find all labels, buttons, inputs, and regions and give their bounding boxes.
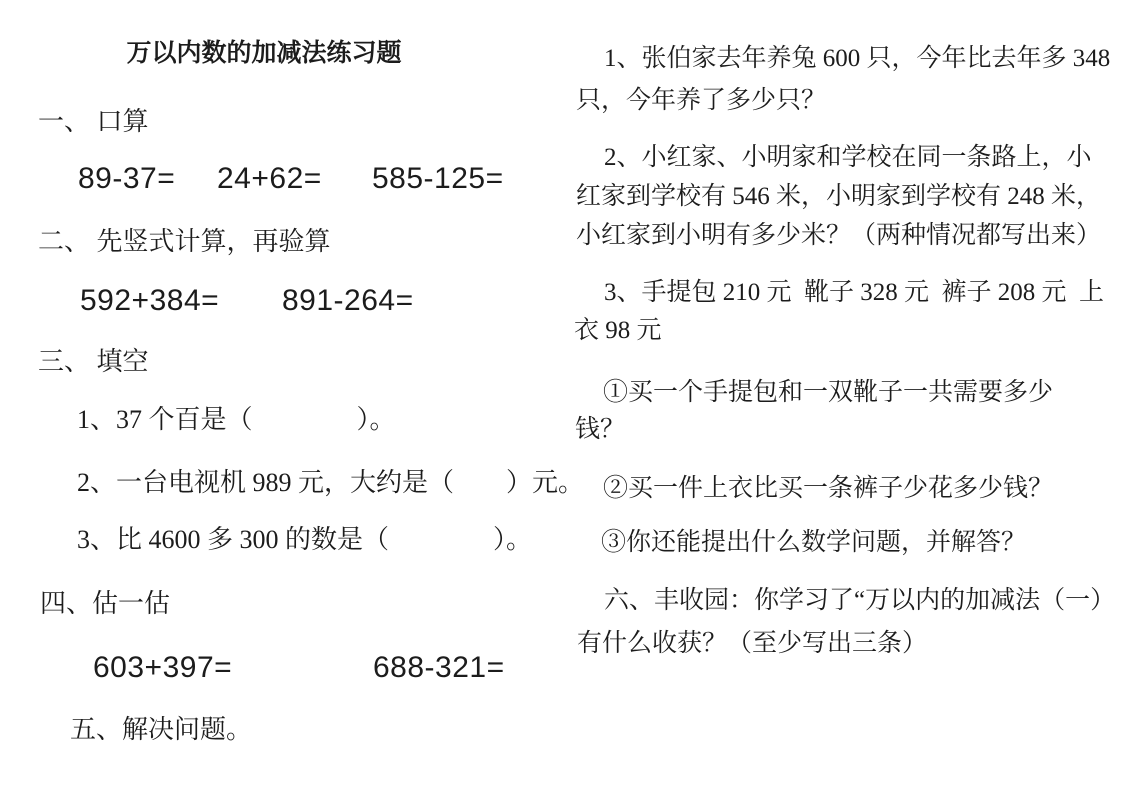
section-heading-oral-calc: 一、 口算 (38, 107, 149, 136)
equation: 688-321= (373, 651, 505, 684)
fill-item-2: 2、一台电视机 989 元，大约是（ ）元。 (77, 468, 584, 497)
section-heading-estimate: 四、估一估 (40, 589, 170, 618)
worksheet-page: 万以内数的加减法练习题 一、 口算 89-37= 24+62= 585-125=… (0, 0, 1122, 793)
problem-3-line-1: 3、手提包 210 元 靴子 328 元 裤子 208 元 上 (604, 279, 1104, 308)
section-heading-harvest-line-1: 六、丰收园：你学习了“万以内的加减法（一） (604, 587, 1115, 616)
problem-3-sub-1-line-1: ①买一个手提包和一双靴子一共需要多少 (603, 379, 1053, 408)
problem-3-sub-1-line-2: 钱？ (575, 416, 625, 445)
equation: 89-37= (78, 162, 175, 195)
problem-1-line-2: 只，今年养了多少只？ (576, 87, 826, 116)
problem-3-line-2: 衣 98 元 (574, 317, 662, 346)
section-heading-solve-problems: 五、解决问题。 (70, 715, 252, 744)
problem-2-line-3: 小红家到小明有多少米？（两种情况都写出来） (576, 222, 1101, 251)
problem-3-sub-2: ②买一件上衣比买一条裤子少花多少钱？ (603, 475, 1053, 504)
equation: 891-264= (282, 284, 414, 317)
problem-2-line-1: 2、小红家、小明家和学校在同一条路上，小 (604, 144, 1092, 173)
fill-item-1: 1、37 个百是（ ）。 (77, 405, 396, 434)
equation: 603+397= (93, 651, 232, 684)
fill-item-3: 3、比 4600 多 300 的数是（ ）。 (77, 525, 532, 554)
problem-3-sub-3: ③你还能提出什么数学问题，并解答？ (601, 529, 1026, 558)
problem-1-line-1: 1、张伯家去年养兔 600 只，今年比去年多 348 (604, 45, 1110, 74)
section-heading-fill-blank: 三、 填空 (38, 347, 149, 376)
equation: 585-125= (372, 162, 504, 195)
problem-2-line-2: 红家到学校有 546 米，小明家到学校有 248 米， (576, 183, 1101, 212)
section-heading-harvest-line-2: 有什么收获？（至少写出三条） (577, 630, 927, 659)
page-title: 万以内数的加减法练习题 (0, 40, 528, 69)
section-heading-vertical-calc: 二、 先竖式计算，再验算 (38, 227, 331, 256)
equation: 24+62= (217, 162, 322, 195)
equation: 592+384= (80, 284, 219, 317)
